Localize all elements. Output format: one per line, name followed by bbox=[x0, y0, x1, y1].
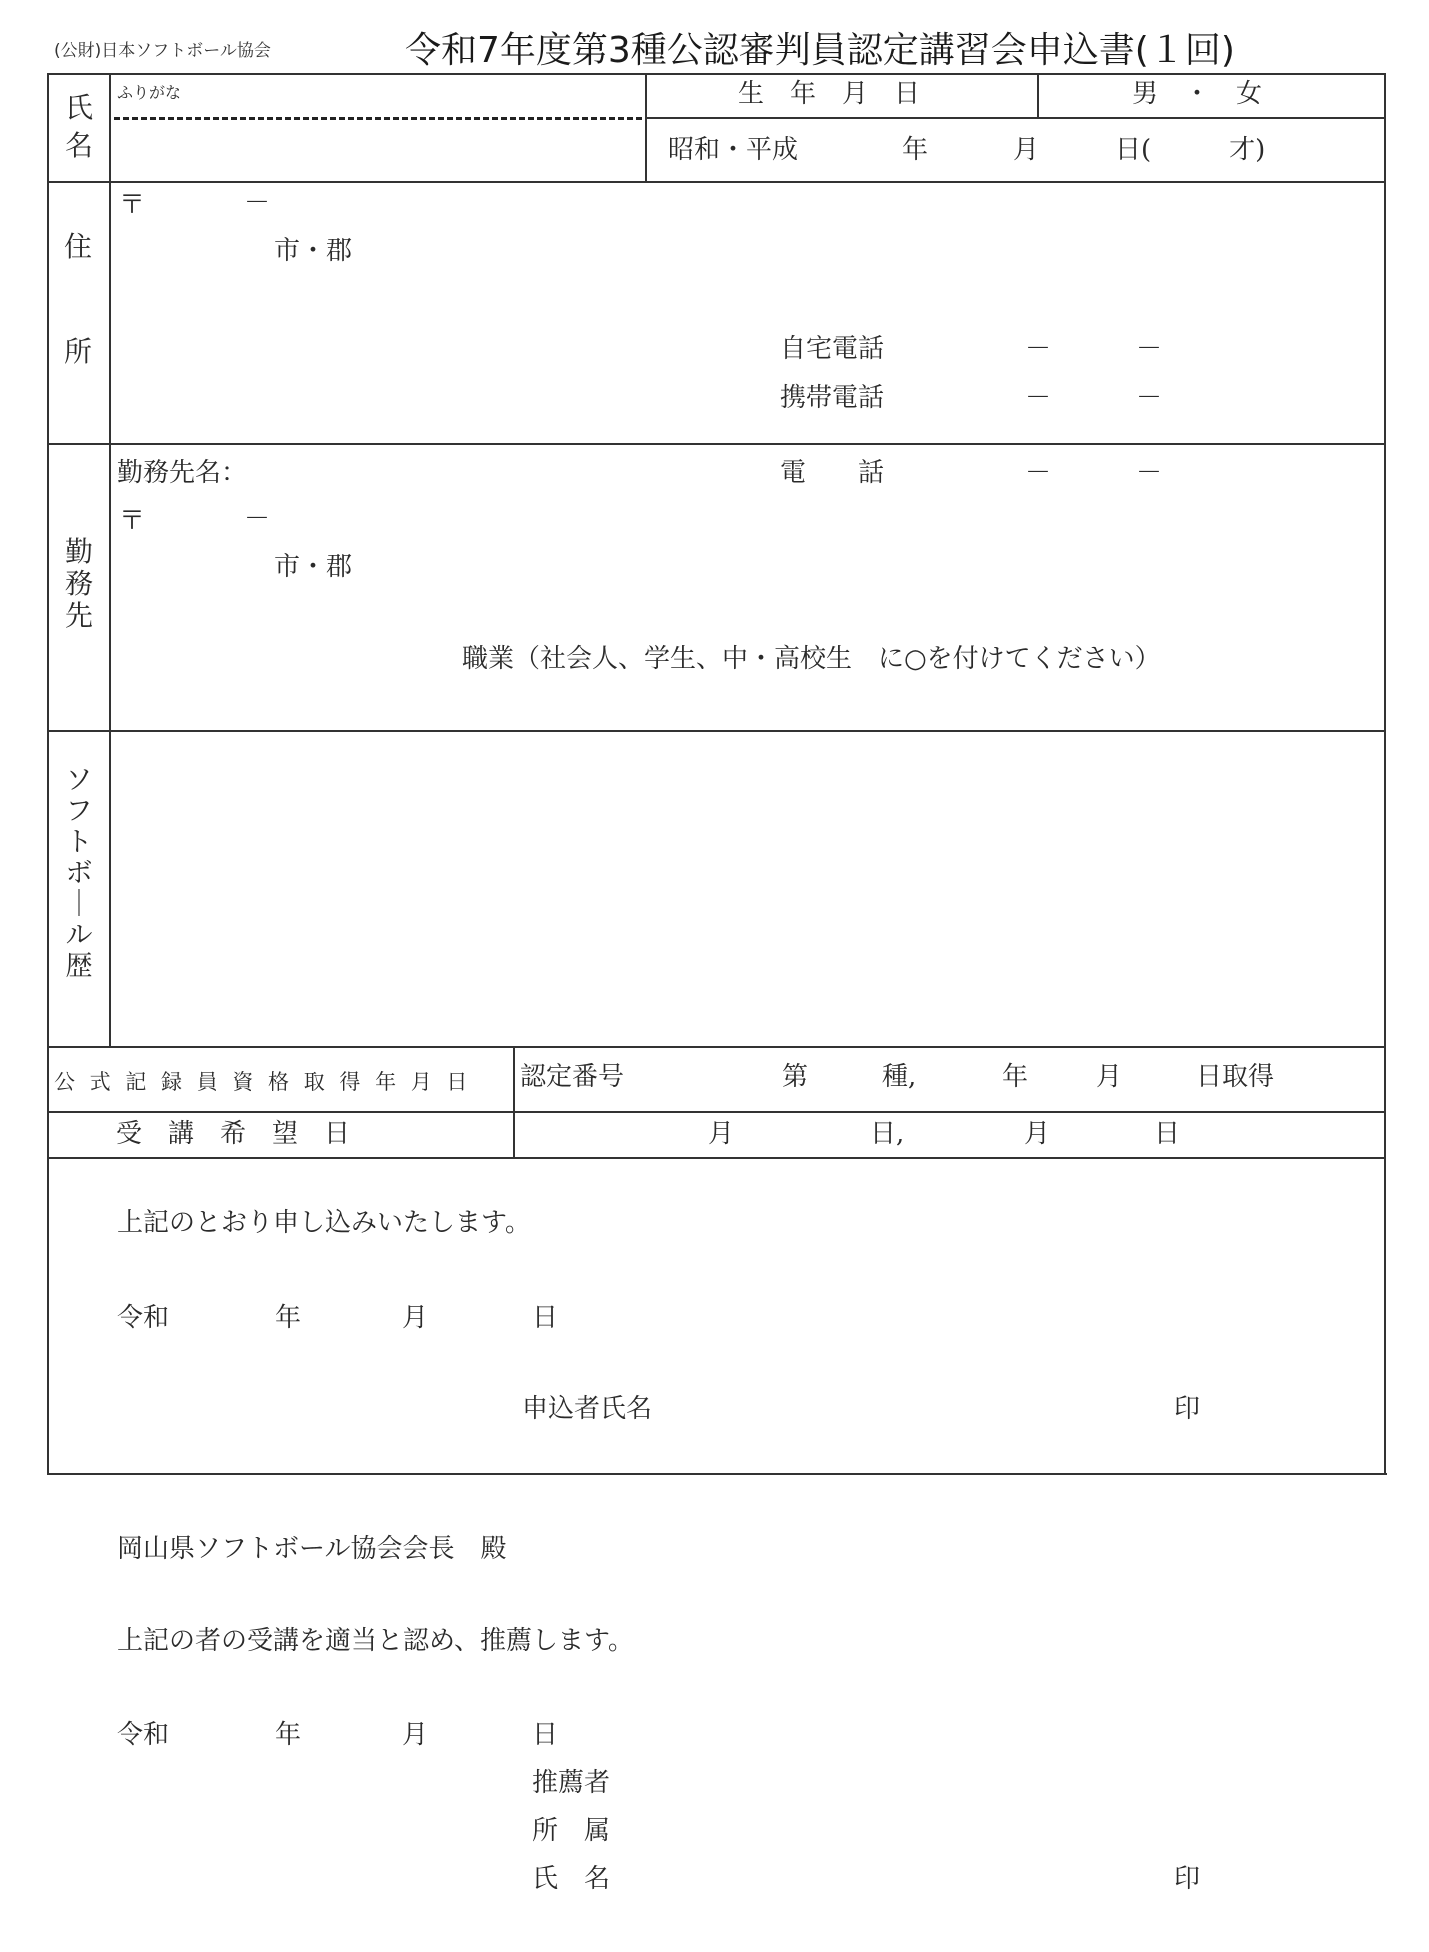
page-title: 令和7年度第3種公認審判員認定講習会申込書(１回) bbox=[405, 22, 1235, 73]
table-bottom-border bbox=[47, 1473, 1387, 1475]
era-selector[interactable]: 昭和・平成 bbox=[668, 137, 798, 163]
occupation-selector[interactable]: 職業（社会人、学生、中・高校生 に○を付けてください） bbox=[462, 646, 1161, 672]
sex-selector[interactable]: 男 ・ 女 bbox=[1132, 81, 1262, 107]
application-era: 令和 bbox=[117, 1305, 169, 1331]
application-day: 日 bbox=[532, 1305, 558, 1331]
cert-dai: 第 bbox=[782, 1064, 808, 1090]
address-label-2: 所 bbox=[64, 338, 92, 366]
row-divider-workplace bbox=[47, 730, 1385, 732]
desired-month-1: 月 bbox=[708, 1121, 734, 1147]
recommender-label: 推薦者 bbox=[532, 1770, 610, 1796]
furigana-dashed-line bbox=[114, 117, 642, 120]
desired-day-1: 日, bbox=[870, 1121, 904, 1147]
furigana-field[interactable] bbox=[117, 82, 641, 114]
cert-day-acquired: 日取得 bbox=[1196, 1064, 1274, 1090]
scorer-qualification-label: 公 式 記 録 員 資 格 取 得 年 月 日 bbox=[54, 1066, 471, 1096]
row-divider-name bbox=[47, 181, 1385, 183]
scorer-column-divider bbox=[513, 1046, 515, 1157]
sex-column-divider bbox=[1037, 73, 1039, 118]
softball-history-field[interactable] bbox=[115, 735, 1380, 1042]
recommendation-era: 令和 bbox=[117, 1722, 169, 1748]
table-right-border bbox=[1384, 73, 1386, 1474]
cert-number-label: 認定番号 bbox=[520, 1064, 624, 1090]
cert-shu: 種, bbox=[882, 1064, 916, 1090]
recommender-affiliation-label: 所 属 bbox=[532, 1818, 610, 1844]
address-field[interactable] bbox=[115, 186, 1380, 440]
cert-year: 年 bbox=[1002, 1064, 1028, 1090]
desired-month-2: 月 bbox=[1024, 1121, 1050, 1147]
workplace-field[interactable] bbox=[115, 448, 1380, 628]
recommendation-day: 日 bbox=[532, 1722, 558, 1748]
birth-month-unit: 月 bbox=[1013, 137, 1039, 163]
row-divider-desired-date bbox=[47, 1157, 1385, 1159]
birth-day-age: 日( 才) bbox=[1115, 137, 1265, 163]
application-month: 月 bbox=[402, 1305, 428, 1331]
table-left-border bbox=[47, 73, 49, 1474]
applicant-seal: 印 bbox=[1174, 1396, 1200, 1422]
row-divider-address bbox=[47, 443, 1385, 445]
birth-column-divider bbox=[645, 73, 647, 181]
recommendation-month: 月 bbox=[402, 1722, 428, 1748]
application-statement: 上記のとおり申し込みいたします。 bbox=[117, 1210, 531, 1236]
recommendation-year: 年 bbox=[275, 1722, 301, 1748]
label-column-divider bbox=[109, 73, 111, 1047]
application-year: 年 bbox=[275, 1305, 301, 1331]
birth-year-unit: 年 bbox=[902, 137, 928, 163]
softball-history-label: ソ フ ト ボ ｜ ル 歴 bbox=[60, 765, 98, 982]
desired-date-label: 受 講 希 望 日 bbox=[116, 1121, 350, 1147]
workplace-label: 勤 務 先 bbox=[60, 536, 98, 633]
table-top-border bbox=[47, 73, 1385, 75]
organization-name: (公財)日本ソフトボール協会 bbox=[54, 36, 271, 61]
recommendation-addressee: 岡山県ソフトボール協会会長 殿 bbox=[117, 1536, 506, 1562]
birth-header-divider bbox=[645, 117, 1385, 119]
row-divider-scorer bbox=[47, 1111, 1385, 1113]
cert-month: 月 bbox=[1096, 1064, 1122, 1090]
recommendation-statement: 上記の者の受講を適当と認め、推薦します。 bbox=[117, 1628, 634, 1654]
desired-day-2: 日 bbox=[1154, 1121, 1180, 1147]
applicant-name-label: 申込者氏名 bbox=[522, 1396, 652, 1422]
row-divider-history bbox=[47, 1046, 1385, 1048]
address-label-1: 住 bbox=[64, 233, 92, 261]
recommender-name-label: 氏 名 bbox=[532, 1866, 610, 1892]
birthdate-header: 生 年 月 日 bbox=[738, 81, 920, 107]
name-label: 氏 名 bbox=[60, 92, 98, 162]
name-field[interactable] bbox=[117, 122, 641, 178]
recommender-seal: 印 bbox=[1174, 1866, 1200, 1892]
